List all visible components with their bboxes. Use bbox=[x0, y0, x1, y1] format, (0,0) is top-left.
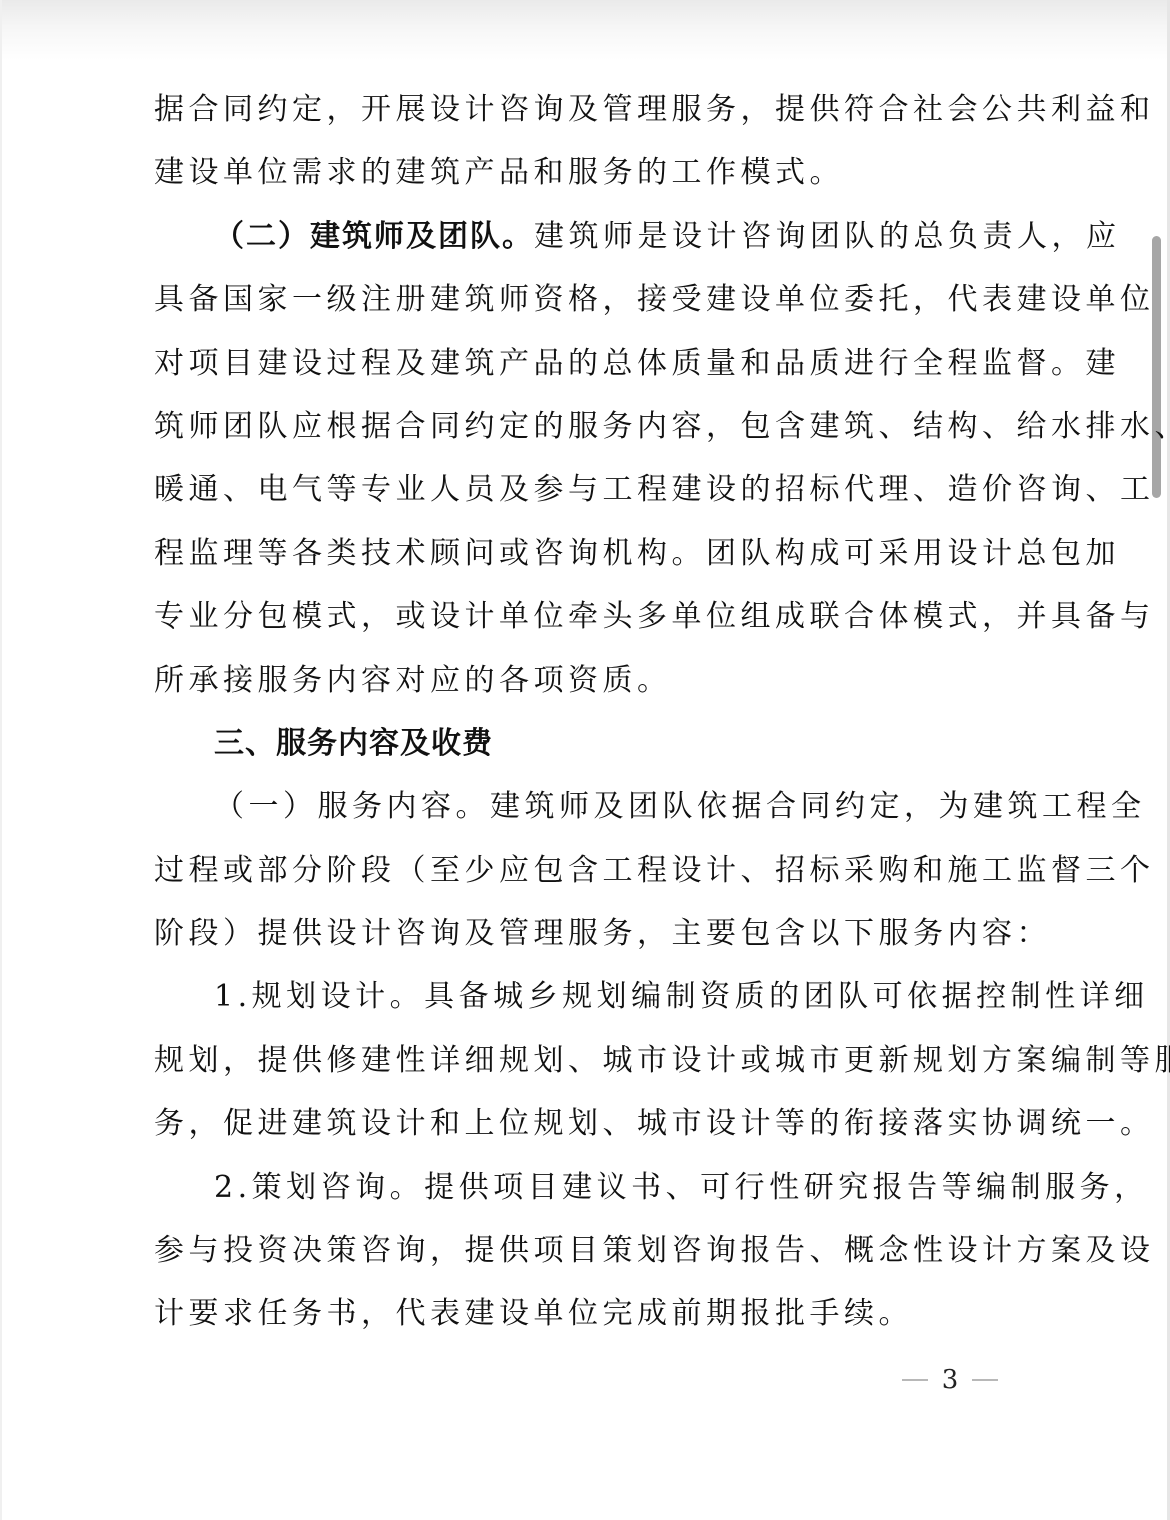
vertical-scrollbar[interactable] bbox=[1152, 236, 1161, 498]
text-line: 暖通、电气等专业人员及参与工程建设的招标代理、造价咨询、工 bbox=[154, 458, 1024, 521]
text-line: 程监理等各类技术顾问或咨询机构。团队构成可采用设计总包加 bbox=[154, 522, 1024, 585]
dash-left bbox=[902, 1379, 928, 1381]
text-line: 阶段）提供设计咨询及管理服务，主要包含以下服务内容： bbox=[154, 902, 1024, 965]
text-line: 所承接服务内容对应的各项资质。 bbox=[154, 649, 1024, 712]
section-heading-3: 三、服务内容及收费 bbox=[154, 712, 1024, 775]
text-line: 具备国家一级注册建筑师资格，接受建设单位委托，代表建设单位 bbox=[154, 268, 1024, 331]
page-left-edge bbox=[0, 0, 2, 1520]
text-line: 据合同约定，开展设计咨询及管理服务，提供符合社会公共利益和 bbox=[154, 78, 1024, 141]
text-line: 规划，提供修建性详细规划、城市设计或城市更新规划方案编制等服 bbox=[154, 1029, 1024, 1092]
item-2-first-line: 2.策划咨询。提供项目建议书、可行性研究报告等编制服务， bbox=[154, 1156, 1024, 1219]
section-3-1-first-line: （一）服务内容。建筑师及团队依据合同约定，为建筑工程全 bbox=[154, 775, 1024, 838]
document-page: 据合同约定，开展设计咨询及管理服务，提供符合社会公共利益和 建设单位需求的建筑产… bbox=[154, 78, 1024, 1346]
page-number-value: 3 bbox=[942, 1365, 959, 1395]
page-number: 3 bbox=[890, 1362, 1010, 1398]
dash-right bbox=[972, 1379, 998, 1381]
text-line: 参与投资决策咨询，提供项目策划咨询报告、概念性设计方案及设 bbox=[154, 1219, 1024, 1282]
text-line: 对项目建设过程及建筑产品的总体质量和品质进行全程监督。建 bbox=[154, 332, 1024, 395]
text-line: 筑师团队应根据合同约定的服务内容，包含建筑、结构、给水排水、 bbox=[154, 395, 1024, 458]
text-line: 建设单位需求的建筑产品和服务的工作模式。 bbox=[154, 141, 1024, 204]
top-shadow bbox=[0, 0, 1170, 60]
text-line: 专业分包模式，或设计单位牵头多单位组成联合体模式，并具备与 bbox=[154, 585, 1024, 648]
text-line: 务，促进建筑设计和上位规划、城市设计等的衔接落实协调统一。 bbox=[154, 1092, 1024, 1155]
item-1-first-line: 1.规划设计。具备城乡规划编制资质的团队可依据控制性详细 bbox=[154, 965, 1024, 1028]
section-2-2-first-line: （二）建筑师及团队。建筑师是设计咨询团队的总负责人，应 bbox=[154, 205, 1024, 268]
section-2-2-title: （二）建筑师及团队。 bbox=[214, 219, 534, 254]
text-line: 过程或部分阶段（至少应包含工程设计、招标采购和施工监督三个 bbox=[154, 839, 1024, 902]
text-span: 建筑师是设计咨询团队的总负责人，应 bbox=[534, 219, 1121, 254]
text-line: 计要求任务书，代表建设单位完成前期报批手续。 bbox=[154, 1282, 1024, 1345]
